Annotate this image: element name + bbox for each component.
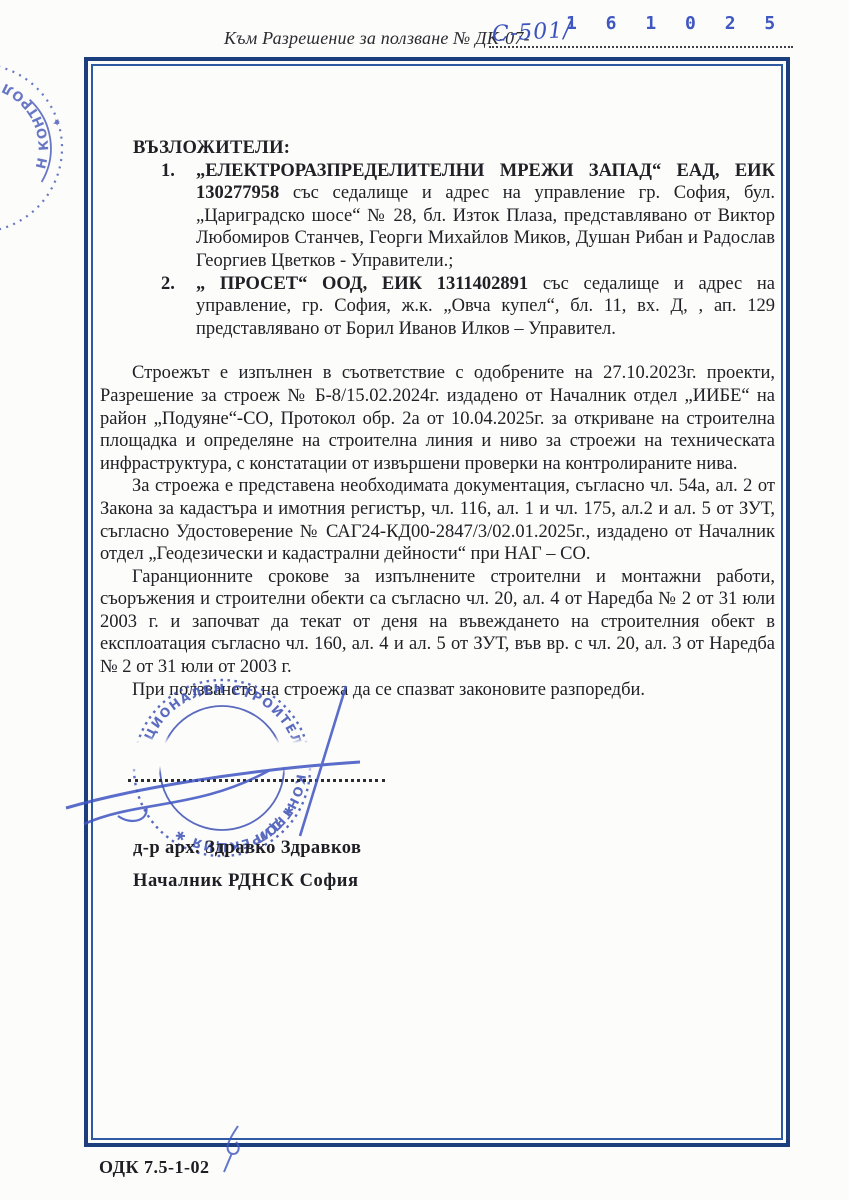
list-item-2-company: „ ПРОСЕТ“ ООД, ЕИК 1311402891 [196,274,528,294]
document-body: ВЪЗЛОЖИТЕЛИ: 1.„ЕЛЕКТРОРАЗПРЕДЕЛИТЕЛНИ М… [93,66,783,701]
handwritten-case-number: С-501/ [491,18,572,47]
list-item-2-number: 2. [161,273,175,296]
section-title: ВЪЗЛОЖИТЕЛИ: [100,137,775,160]
scanned-document-page: Към Разрешение за ползване № ДК-07- С-50… [0,0,849,1200]
list-item-1-text: със седалище и адрес на управление гр. С… [196,183,775,271]
header-reference-text: Към Разрешение за ползване № ДК-07- [224,28,530,49]
handwritten-signature [58,658,418,868]
signatory-title: Началник РДНСК София [133,871,359,892]
paragraph-documentation: За строежа е представена необходимата до… [100,475,775,565]
pen-mark [212,1120,258,1180]
edge-stamp-star-icon: ✦ [50,115,63,130]
form-code: ОДК 7.5-1-02 [99,1157,210,1178]
stamped-registration-digits: 1 6 1 0 2 5 [566,13,784,34]
list-item-1-number: 1. [161,160,175,183]
paragraph-construction-compliance: Строежът е изпълнен в съответствие с одо… [100,362,775,475]
list-item-2: 2.„ ПРОСЕТ“ ООД, ЕИК 1311402891 със седа… [100,273,775,341]
list-item-1: 1.„ЕЛЕКТРОРАЗПРЕДЕЛИТЕЛНИ МРЕЖИ ЗАПАД“ Е… [100,160,775,273]
